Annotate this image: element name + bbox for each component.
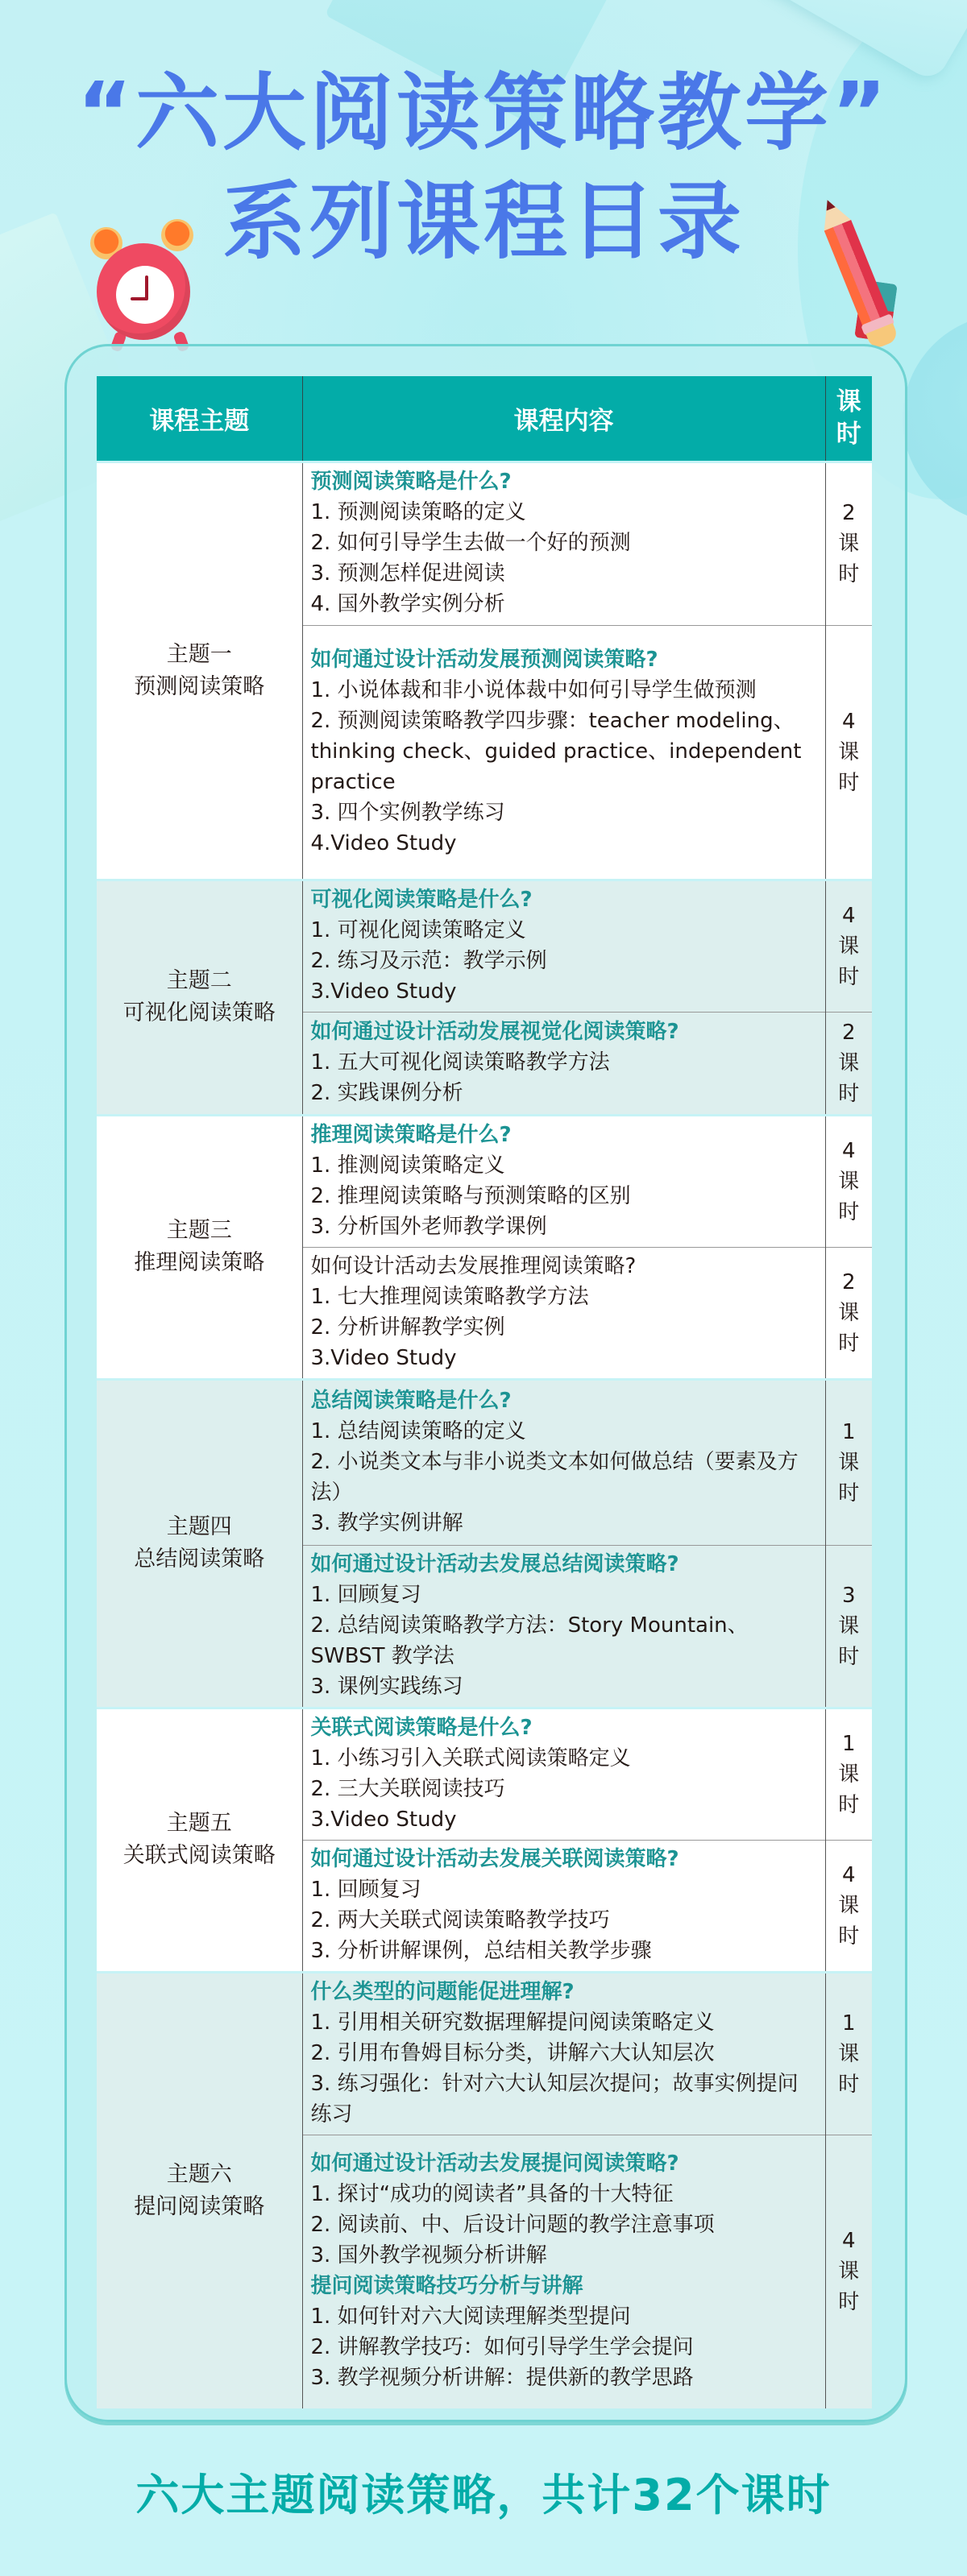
section-heading: 可视化阅读策略是什么? xyxy=(311,884,819,915)
section-heading: 如何通过设计活动去发展总结阅读策略? xyxy=(311,1549,819,1580)
content-cell: 推理阅读策略是什么? 1. 推测阅读策略定义 2. 推理阅读策略与预测策略的区别… xyxy=(302,1115,825,1247)
section-heading: 如何通过设计活动去发展提问阅读策略? xyxy=(311,2148,819,2179)
section-heading: 预测阅读策略是什么? xyxy=(311,466,819,497)
summary-footer: 六大主题阅读策略，共计32个课时 xyxy=(0,2463,967,2528)
content-cell: 如何设计活动去发展推理阅读策略? 1. 七大推理阅读策略教学方法 2. 分析讲解… xyxy=(302,1247,825,1379)
content-cell: 什么类型的问题能促进理解? 1. 引用相关研究数据理解提问阅读策略定义 2. 引… xyxy=(302,1972,825,2135)
hours-cell: 4课时 xyxy=(825,1115,872,1247)
table-row: 主题二 可视化阅读策略 可视化阅读策略是什么? 1. 可视化阅读策略定义 2. … xyxy=(97,880,872,1012)
hours-cell: 1课时 xyxy=(825,1972,872,2135)
content-cell: 如何通过设计活动去发展关联阅读策略? 1. 回顾复习 2. 两大关联式阅读策略教… xyxy=(302,1840,825,1972)
section-heading: 如何通过设计活动发展预测阅读策略? xyxy=(311,644,819,675)
section-heading: 什么类型的问题能促进理解? xyxy=(311,1977,819,2007)
hours-cell: 4课时 xyxy=(825,625,872,880)
content-cell: 可视化阅读策略是什么? 1. 可视化阅读策略定义 2. 练习及示范：教学示例 3… xyxy=(302,880,825,1012)
content-cell: 关联式阅读策略是什么? 1. 小练习引入关联式阅读策略定义 2. 三大关联阅读技… xyxy=(302,1708,825,1840)
theme-cell: 主题四 总结阅读策略 xyxy=(97,1379,302,1708)
section-heading: 推理阅读策略是什么? xyxy=(311,1120,819,1150)
table-row: 主题一 预测阅读策略 预测阅读策略是什么? 1. 预测阅读策略的定义 2. 如何… xyxy=(97,462,872,625)
hours-cell: 1课时 xyxy=(825,1708,872,1840)
course-table: 课程主题 课程内容 课时 主题一 预测阅读策略 预测阅读策略是什么? 1. 预测… xyxy=(97,376,872,2408)
hours-cell: 2课时 xyxy=(825,462,872,625)
header-content: 课程内容 xyxy=(302,376,825,462)
table-row: 主题三 推理阅读策略 推理阅读策略是什么? 1. 推测阅读策略定义 2. 推理阅… xyxy=(97,1115,872,1247)
table-row: 主题六 提问阅读策略 什么类型的问题能促进理解? 1. 引用相关研究数据理解提问… xyxy=(97,1972,872,2135)
hours-cell: 2课时 xyxy=(825,1247,872,1379)
theme-cell: 主题一 预测阅读策略 xyxy=(97,462,302,880)
header-theme: 课程主题 xyxy=(97,376,302,462)
theme-cell: 主题三 推理阅读策略 xyxy=(97,1115,302,1379)
header-hours: 课时 xyxy=(825,376,872,462)
content-cell: 如何通过设计活动去发展提问阅读策略? 1. 探讨“成功的阅读者”具备的十大特征 … xyxy=(302,2135,825,2408)
section-heading-2: 提问阅读策略技巧分析与讲解 xyxy=(311,2271,819,2301)
hours-cell: 4课时 xyxy=(825,2135,872,2408)
hours-cell: 4课时 xyxy=(825,880,872,1012)
table-row: 主题五 关联式阅读策略 关联式阅读策略是什么? 1. 小练习引入关联式阅读策略定… xyxy=(97,1708,872,1840)
hours-cell: 2课时 xyxy=(825,1012,872,1115)
section-heading: 如何通过设计活动发展视觉化阅读策略? xyxy=(311,1017,819,1047)
theme-cell: 主题六 提问阅读策略 xyxy=(97,1972,302,2408)
hours-cell: 4课时 xyxy=(825,1840,872,1972)
section-heading: 关联式阅读策略是什么? xyxy=(311,1713,819,1743)
content-cell: 预测阅读策略是什么? 1. 预测阅读策略的定义 2. 如何引导学生去做一个好的预… xyxy=(302,462,825,625)
hours-cell: 1课时 xyxy=(825,1379,872,1545)
table-header-row: 课程主题 课程内容 课时 xyxy=(97,376,872,462)
hours-cell: 3课时 xyxy=(825,1545,872,1708)
alarm-clock-icon xyxy=(81,219,201,356)
table-row: 主题四 总结阅读策略 总结阅读策略是什么? 1. 总结阅读策略的定义 2. 小说… xyxy=(97,1379,872,1545)
theme-cell: 主题二 可视化阅读策略 xyxy=(97,880,302,1115)
content-cell: 如何通过设计活动发展预测阅读策略? 1. 小说体裁和非小说体裁中如何引导学生做预… xyxy=(302,625,825,880)
section-heading: 总结阅读策略是什么? xyxy=(311,1385,819,1416)
content-cell: 如何通过设计活动去发展总结阅读策略? 1. 回顾复习 2. 总结阅读策略教学方法… xyxy=(302,1545,825,1708)
content-cell: 总结阅读策略是什么? 1. 总结阅读策略的定义 2. 小说类文本与非小说类文本如… xyxy=(302,1379,825,1545)
content-cell: 如何通过设计活动发展视觉化阅读策略? 1. 五大可视化阅读策略教学方法 2. 实… xyxy=(302,1012,825,1115)
page-title-line-1: “六大阅读策略教学” xyxy=(0,56,967,169)
theme-cell: 主题五 关联式阅读策略 xyxy=(97,1708,302,1972)
section-heading: 如何设计活动去发展推理阅读策略? xyxy=(311,1251,819,1282)
section-heading: 如何通过设计活动去发展关联阅读策略? xyxy=(311,1844,819,1874)
